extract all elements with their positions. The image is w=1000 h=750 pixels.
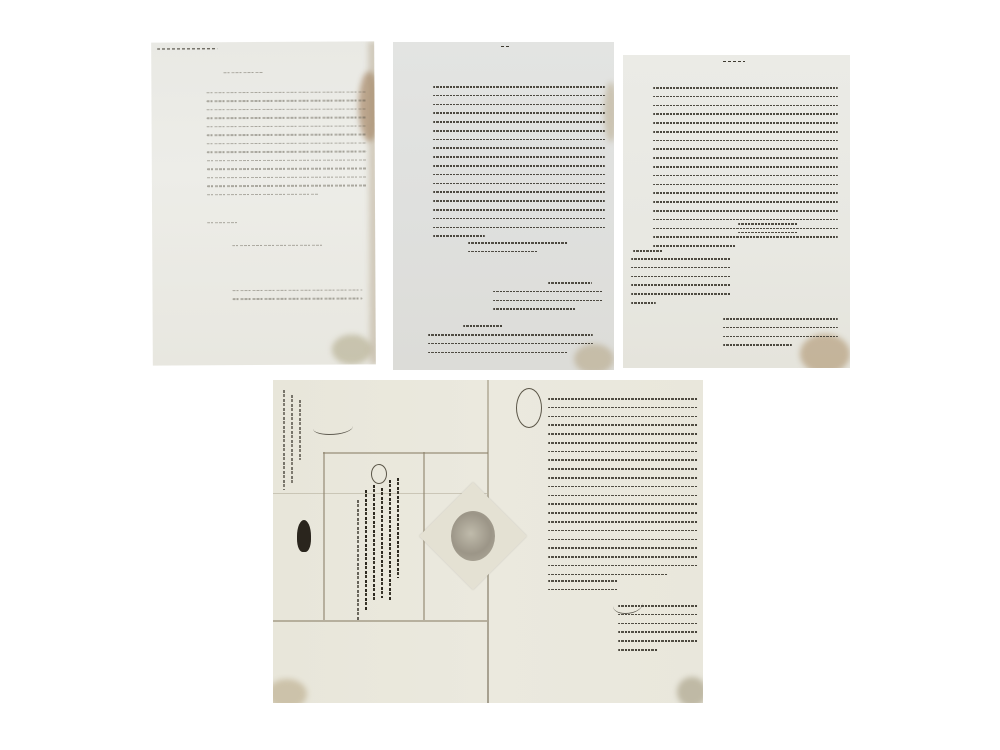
folded-letter-with-seal	[273, 380, 703, 703]
closing	[548, 580, 618, 598]
manuscript-letter-1	[151, 41, 376, 365]
letter-body	[433, 86, 605, 244]
seal	[451, 511, 495, 561]
underlined-heading	[463, 325, 503, 334]
signature-block	[618, 605, 698, 658]
fold-crease	[323, 452, 488, 454]
stain	[332, 334, 372, 364]
fold-crease	[323, 452, 325, 620]
stain	[273, 679, 307, 703]
panel-text-column	[373, 485, 375, 600]
panel-text-column	[397, 478, 399, 578]
closing	[207, 222, 237, 231]
fold-crease	[273, 620, 487, 622]
top-mark	[723, 61, 745, 62]
subscription	[232, 245, 322, 254]
panel-text-column	[389, 480, 391, 600]
ink-blot	[297, 520, 311, 552]
footer-note	[428, 334, 593, 360]
panel-text-column	[381, 488, 383, 598]
edge-browning	[368, 41, 376, 364]
bottom-note	[723, 318, 838, 353]
number-circle	[371, 464, 387, 484]
letter-body	[548, 398, 698, 582]
letter-body	[206, 91, 367, 202]
signature-block	[468, 242, 568, 260]
flourish	[313, 420, 353, 435]
footer-note	[232, 289, 362, 307]
number-circle	[516, 388, 542, 428]
panel-text-column	[365, 490, 367, 610]
margin-note	[157, 48, 217, 50]
closing	[738, 223, 798, 241]
address-line	[291, 395, 293, 485]
address-line	[283, 390, 285, 490]
panel-text-column	[357, 500, 359, 620]
manuscript-letter-2	[393, 42, 614, 370]
stain	[604, 82, 614, 142]
side-note	[631, 258, 731, 311]
address-line	[299, 400, 301, 460]
fold-crease	[273, 493, 487, 494]
stain	[677, 677, 703, 703]
postscript	[493, 282, 603, 317]
top-mark	[501, 46, 511, 47]
manuscript-letter-3	[623, 55, 850, 368]
salutation	[223, 72, 263, 81]
